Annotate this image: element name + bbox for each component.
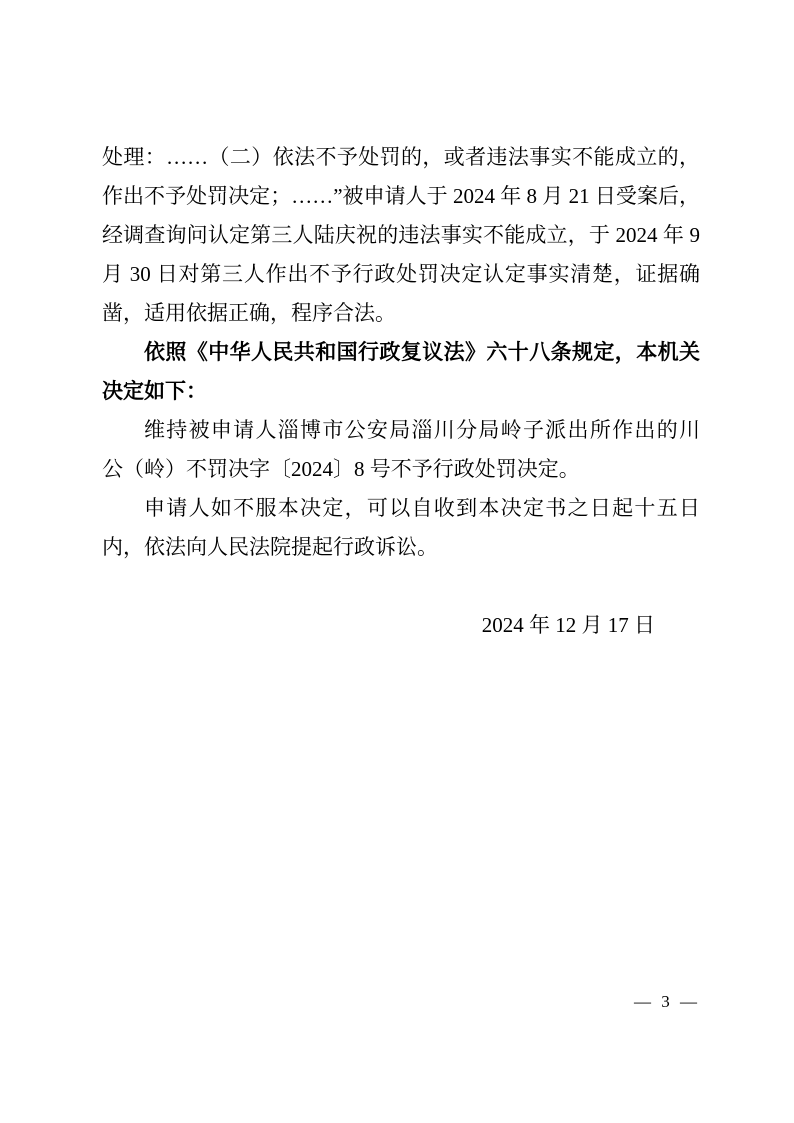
document-line: 凿，适用依据正确，程序合法。 (102, 294, 700, 333)
signature-date: 2024 年 12 月 17 日 (102, 606, 700, 645)
document-line-decision-basis: 依照《中华人民共和国行政复议法》六十八条规定，本机关 (102, 333, 700, 372)
document-line: 公（岭）不罚决字〔2024〕8 号不予行政处罚决定。 (102, 450, 700, 489)
document-line: 内，依法向人民法院提起行政诉讼。 (102, 528, 700, 567)
document-line: 处理：……（二）依法不予处罚的，或者违法事实不能成立的， (102, 138, 700, 177)
document-line: 月 30 日对第三人作出不予行政处罚决定认定事实清楚，证据确 (102, 255, 700, 294)
document-line: 维持被申请人淄博市公安局淄川分局岭子派出所作出的川 (102, 411, 700, 450)
document-line-decision-basis: 决定如下： (102, 372, 700, 411)
document-line: 作出不予处罚决定；……”被申请人于 2024 年 8 月 21 日受案后， (102, 177, 700, 216)
document-page: 处理：……（二）依法不予处罚的，或者违法事实不能成立的， 作出不予处罚决定；……… (0, 0, 794, 1123)
document-body: 处理：……（二）依法不予处罚的，或者违法事实不能成立的， 作出不予处罚决定；……… (102, 138, 700, 645)
document-line: 经调查询问认定第三人陆庆祝的违法事实不能成立，于 2024 年 9 (102, 216, 700, 255)
page-number: — 3 — (102, 990, 700, 1014)
document-line: 申请人如不服本决定，可以自收到本决定书之日起十五日 (102, 489, 700, 528)
